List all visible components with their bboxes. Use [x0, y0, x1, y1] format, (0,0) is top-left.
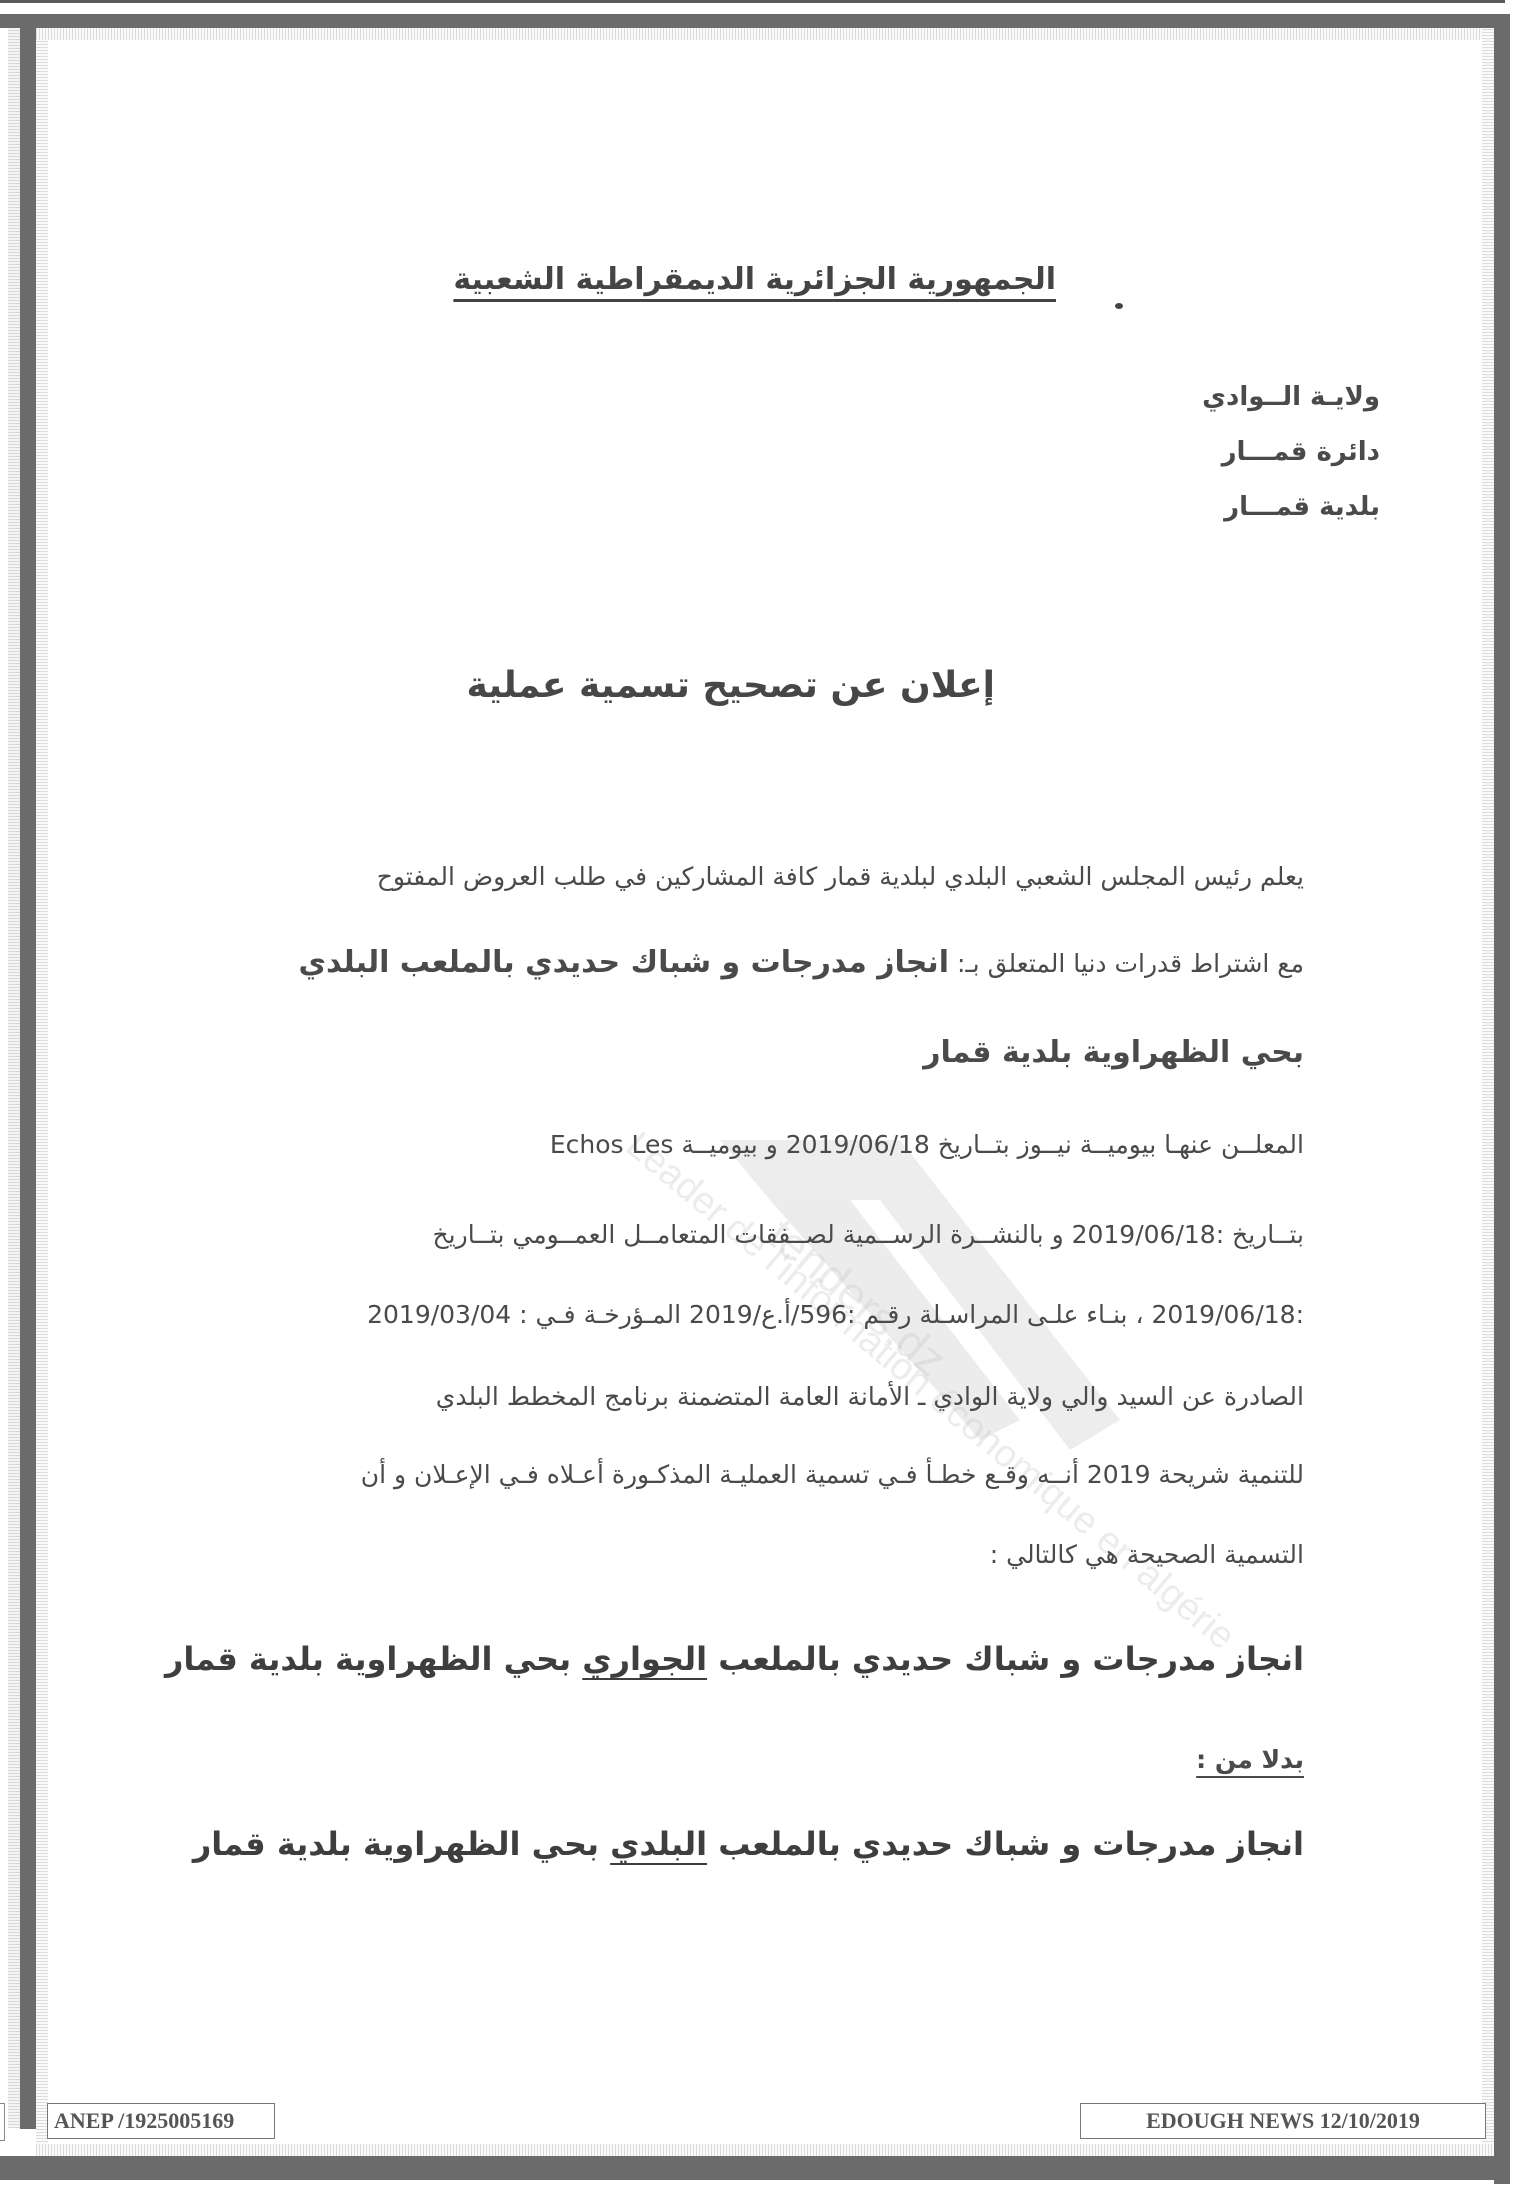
- frame-stipple-left: [8, 28, 20, 2128]
- body-line-9: التسمية الصحيحة هي كالتالي :: [990, 1540, 1304, 1569]
- instead-of-label: بدلا من :: [1196, 1745, 1304, 1774]
- adjacent-ad-edge: [0, 2103, 5, 2141]
- body-line-5: بتــاريخ :2019/06/18 و بالنشــرة الرســم…: [433, 1220, 1304, 1249]
- correct-operation-name: انجاز مدرجات و شباك حديدي بالملعب الجوار…: [165, 1640, 1304, 1678]
- frame-stipple-top: [36, 28, 1494, 40]
- wilaya-label: ولايـة الــوادي: [1202, 382, 1380, 412]
- old-name-keyword: البلدي: [610, 1825, 707, 1863]
- publication-source: EDOUGH NEWS 12/10/2019: [1080, 2103, 1486, 2139]
- top-rule: [0, 0, 1505, 3]
- body-line-4: المعلــن عنهـا بيوميــة نيــوز بتــاريخ …: [550, 1130, 1304, 1159]
- country-heading: الجمهورية الجزائرية الديمقراطية الشعبية: [500, 262, 1056, 297]
- daira-label: دائرة قمـــار: [1222, 437, 1380, 467]
- notice-title: إعلان عن تصحيح تسمية عملية: [565, 665, 995, 706]
- correct-name-start: انجاز مدرجات و شباك حديدي بالملعب: [718, 1640, 1304, 1678]
- frame-border-right: [1494, 14, 1510, 2184]
- body-line-6: :2019/06/18 ، بنـاء علـى المراسـلة رقـم …: [367, 1300, 1304, 1329]
- frame-stipple-right: [1482, 28, 1494, 2148]
- correct-name-keyword: الجواري: [582, 1640, 707, 1678]
- old-operation-name: انجاز مدرجات و شباك حديدي بالملعب البلدي…: [193, 1825, 1304, 1863]
- frame-border-left: [20, 14, 36, 2129]
- body-line-7: الصادرة عن السيد والي ولاية الوادي ـ الأ…: [436, 1382, 1304, 1411]
- frame-border-top: [0, 14, 1510, 28]
- frame-border-bottom: [0, 2156, 1510, 2180]
- ink-dot: [1115, 303, 1123, 309]
- body-line-2-prefix: مع اشتراط قدرات دنيا المتعلق بـ:: [957, 949, 1304, 978]
- old-name-end: بحي الظهراوية بلدية قمار: [193, 1825, 599, 1863]
- body-line-1: يعلم رئيس المجلس الشعبي البلدي لبلدية قم…: [377, 862, 1304, 891]
- old-name-start: انجاز مدرجات و شباك حديدي بالملعب: [718, 1825, 1304, 1863]
- body-line-2: مع اشتراط قدرات دنيا المتعلق بـ: انجاز م…: [299, 945, 1305, 980]
- commune-label: بلدية قمـــار: [1224, 492, 1380, 522]
- anep-reference: ANEP /1925005169: [47, 2103, 275, 2139]
- frame-stipple-inner-left: [36, 28, 48, 2148]
- correct-name-end: بحي الظهراوية بلدية قمار: [165, 1640, 571, 1678]
- project-name-part2: بحي الظهراوية بلدية قمار: [923, 1035, 1304, 1070]
- project-name-part1: انجاز مدرجات و شباك حديدي بالملعب البلدي: [299, 945, 949, 980]
- body-line-8: للتنمية شريحة 2019 أنــه وقـع خطـأ فـي ت…: [361, 1460, 1304, 1489]
- frame-stipple-bottom: [36, 2144, 1494, 2156]
